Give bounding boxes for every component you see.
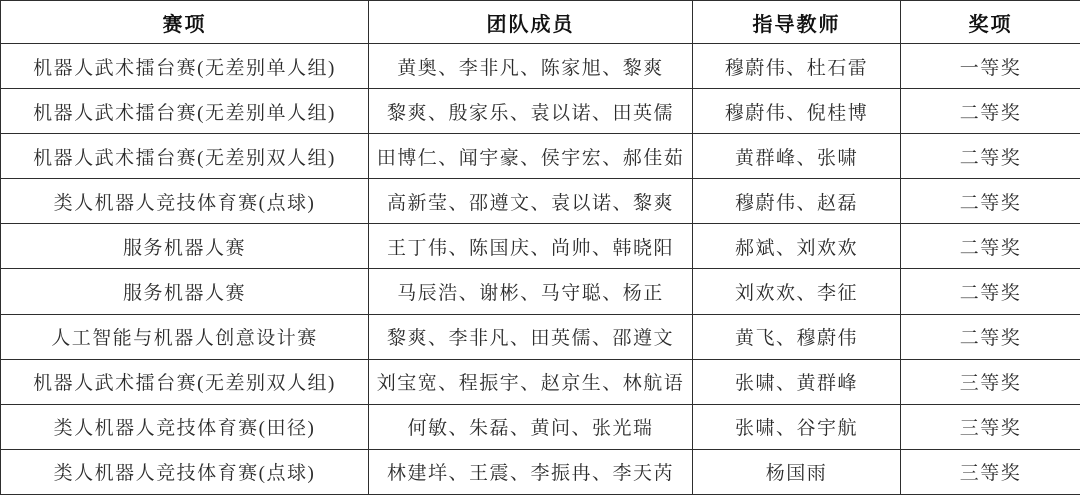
award-cell: 二等奖 <box>901 314 1080 359</box>
advisors-cell: 穆蔚伟、赵磊 <box>693 179 901 224</box>
event-cell: 服务机器人赛 <box>1 224 369 269</box>
table-row: 服务机器人赛马辰浩、谢彬、马守聪、杨正刘欢欢、李征二等奖 <box>1 269 1080 314</box>
team-cell: 高新莹、邵遵文、袁以诺、黎爽 <box>369 179 693 224</box>
event-cell: 人工智能与机器人创意设计赛 <box>1 314 369 359</box>
advisors-cell: 穆蔚伟、杜石雷 <box>693 44 901 89</box>
event-cell: 类人机器人竞技体育赛(点球) <box>1 179 369 224</box>
team-cell: 黎爽、李非凡、田英儒、邵遵文 <box>369 314 693 359</box>
event-cell: 类人机器人竞技体育赛(点球) <box>1 449 369 494</box>
award-cell: 二等奖 <box>901 269 1080 314</box>
advisors-cell: 黄飞、穆蔚伟 <box>693 314 901 359</box>
team-cell: 马辰浩、谢彬、马守聪、杨正 <box>369 269 693 314</box>
table-row: 机器人武术擂台赛(无差别双人组)田博仁、闻宇豪、侯宇宏、郝佳茹黄群峰、张啸二等奖 <box>1 134 1080 179</box>
table-header: 赛项 团队成员 指导教师 奖项 <box>1 1 1080 44</box>
team-cell: 林建垟、王震、李振冉、李天芮 <box>369 449 693 494</box>
advisors-cell: 刘欢欢、李征 <box>693 269 901 314</box>
header-event: 赛项 <box>1 1 369 44</box>
advisors-cell: 张啸、黄群峰 <box>693 359 901 404</box>
table-body: 机器人武术擂台赛(无差别单人组)黄奥、李非凡、陈家旭、黎爽穆蔚伟、杜石雷一等奖机… <box>1 44 1080 495</box>
table-row: 机器人武术擂台赛(无差别单人组)黄奥、李非凡、陈家旭、黎爽穆蔚伟、杜石雷一等奖 <box>1 44 1080 89</box>
table-row: 类人机器人竞技体育赛(田径)何敏、朱磊、黄问、张光瑞张啸、谷宇航三等奖 <box>1 404 1080 449</box>
header-row: 赛项 团队成员 指导教师 奖项 <box>1 1 1080 44</box>
award-cell: 三等奖 <box>901 359 1080 404</box>
table-row: 类人机器人竞技体育赛(点球)林建垟、王震、李振冉、李天芮杨国雨三等奖 <box>1 449 1080 494</box>
award-cell: 二等奖 <box>901 224 1080 269</box>
table-row: 机器人武术擂台赛(无差别单人组)黎爽、殷家乐、袁以诺、田英儒穆蔚伟、倪桂博二等奖 <box>1 89 1080 134</box>
advisors-cell: 穆蔚伟、倪桂博 <box>693 89 901 134</box>
award-cell: 二等奖 <box>901 179 1080 224</box>
event-cell: 机器人武术擂台赛(无差别单人组) <box>1 89 369 134</box>
team-cell: 黄奥、李非凡、陈家旭、黎爽 <box>369 44 693 89</box>
award-cell: 二等奖 <box>901 134 1080 179</box>
team-cell: 刘宝宽、程振宇、赵京生、林航语 <box>369 359 693 404</box>
header-award: 奖项 <box>901 1 1080 44</box>
table-row: 机器人武术擂台赛(无差别双人组)刘宝宽、程振宇、赵京生、林航语张啸、黄群峰三等奖 <box>1 359 1080 404</box>
team-cell: 田博仁、闻宇豪、侯宇宏、郝佳茹 <box>369 134 693 179</box>
award-cell: 二等奖 <box>901 89 1080 134</box>
awards-table: 赛项 团队成员 指导教师 奖项 机器人武术擂台赛(无差别单人组)黄奥、李非凡、陈… <box>0 0 1080 495</box>
event-cell: 机器人武术擂台赛(无差别双人组) <box>1 359 369 404</box>
advisors-cell: 张啸、谷宇航 <box>693 404 901 449</box>
table-row: 服务机器人赛王丁伟、陈国庆、尚帅、韩晓阳郝斌、刘欢欢二等奖 <box>1 224 1080 269</box>
event-cell: 服务机器人赛 <box>1 269 369 314</box>
header-team: 团队成员 <box>369 1 693 44</box>
advisors-cell: 黄群峰、张啸 <box>693 134 901 179</box>
team-cell: 何敏、朱磊、黄问、张光瑞 <box>369 404 693 449</box>
event-cell: 机器人武术擂台赛(无差别单人组) <box>1 44 369 89</box>
advisors-cell: 杨国雨 <box>693 449 901 494</box>
award-cell: 三等奖 <box>901 404 1080 449</box>
award-cell: 一等奖 <box>901 44 1080 89</box>
header-advisors: 指导教师 <box>693 1 901 44</box>
event-cell: 类人机器人竞技体育赛(田径) <box>1 404 369 449</box>
award-cell: 三等奖 <box>901 449 1080 494</box>
team-cell: 王丁伟、陈国庆、尚帅、韩晓阳 <box>369 224 693 269</box>
event-cell: 机器人武术擂台赛(无差别双人组) <box>1 134 369 179</box>
advisors-cell: 郝斌、刘欢欢 <box>693 224 901 269</box>
table-row: 人工智能与机器人创意设计赛黎爽、李非凡、田英儒、邵遵文黄飞、穆蔚伟二等奖 <box>1 314 1080 359</box>
table-row: 类人机器人竞技体育赛(点球)高新莹、邵遵文、袁以诺、黎爽穆蔚伟、赵磊二等奖 <box>1 179 1080 224</box>
team-cell: 黎爽、殷家乐、袁以诺、田英儒 <box>369 89 693 134</box>
